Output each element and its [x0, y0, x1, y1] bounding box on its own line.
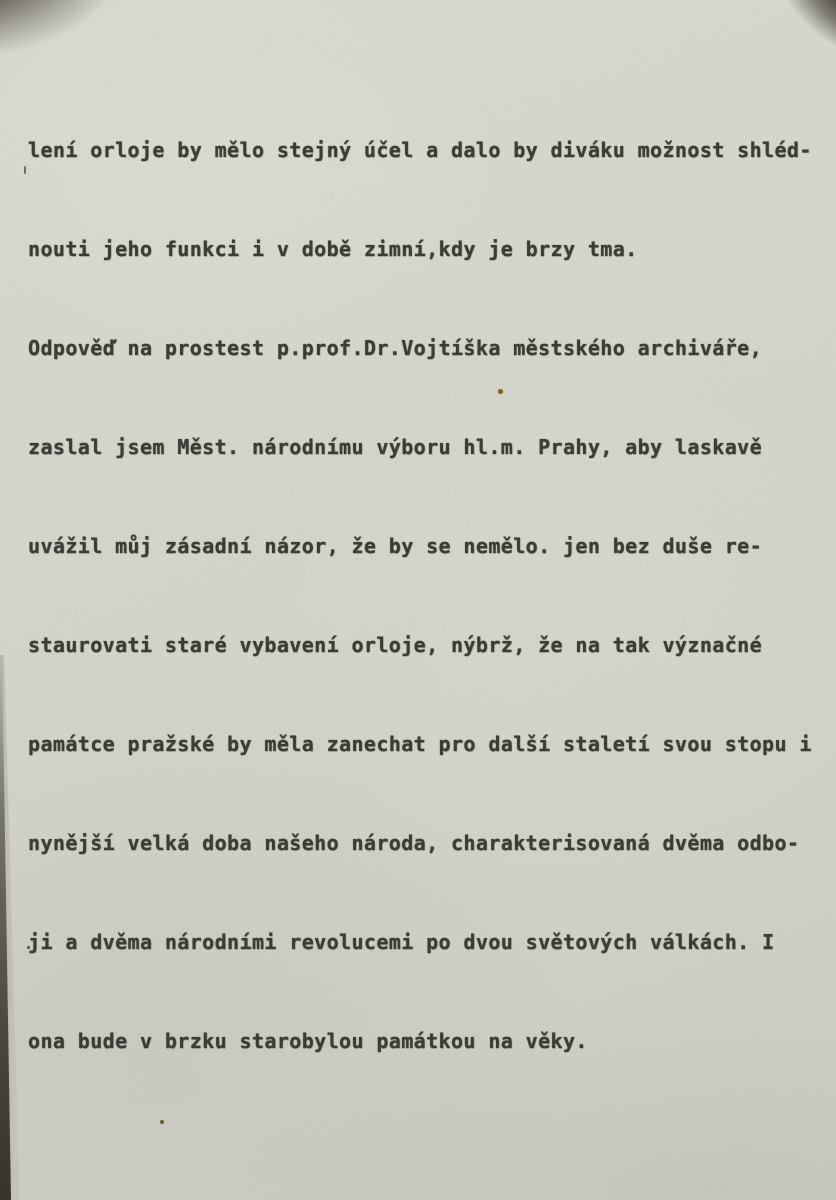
typewritten-line: nynější velká doba našeho národa, charak…	[28, 827, 824, 860]
typewritten-line: staurovati staré vybavení orloje, nýbrž,…	[28, 629, 824, 662]
typewritten-line: památce pražské by měla zanechat pro dal…	[28, 728, 824, 761]
typewritten-line: ona bude v brzku starobylou památkou na …	[28, 1025, 824, 1058]
typewritten-line: zaslal jsem Měst. národnímu výboru hl.m.…	[28, 431, 824, 464]
paper-speck	[24, 166, 26, 174]
page-edge-shadow	[0, 655, 14, 1200]
typewritten-line: nouti jeho funkci i v době zimní,kdy je …	[28, 233, 824, 266]
typewritten-line: lení orloje by mělo stejný účel a dalo b…	[28, 134, 824, 167]
typewritten-line: uvážil můj zásadní názor, že by se neměl…	[28, 530, 824, 563]
scanned-page: lení orloje by mělo stejný účel a dalo b…	[0, 0, 836, 1200]
typewritten-line: ji a dvěma národními revolucemi po dvou …	[28, 926, 824, 959]
typewritten-line: Odpověď na prostest p.prof.Dr.Vojtíška m…	[28, 332, 824, 365]
page-edge-shadow-soft	[0, 655, 22, 1200]
typewritten-text-block: lení orloje by mělo stejný účel a dalo b…	[28, 68, 824, 1124]
